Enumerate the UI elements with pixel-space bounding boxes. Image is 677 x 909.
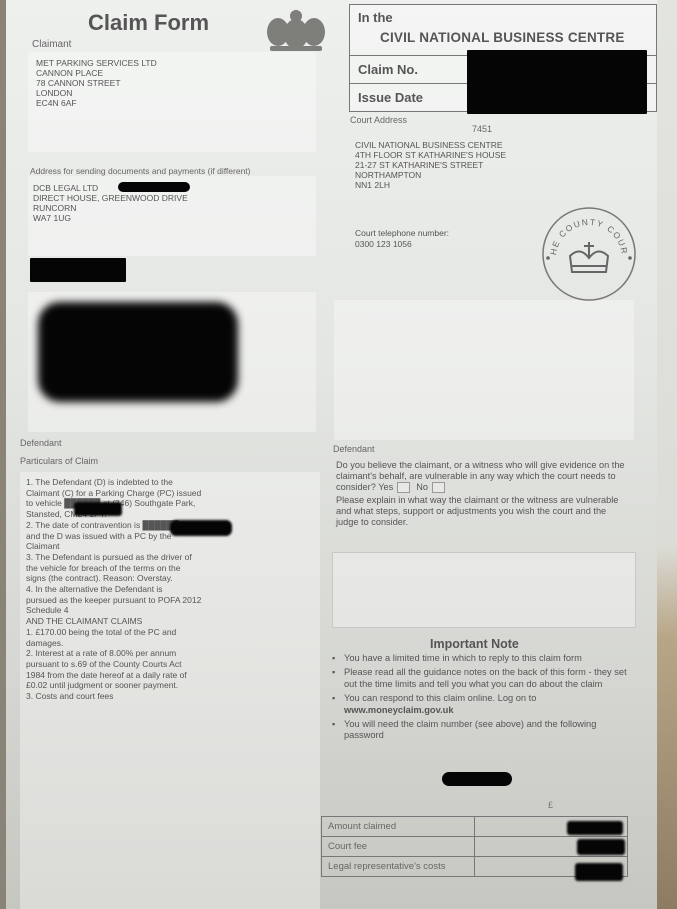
address-line: CANNON PLACE <box>36 68 157 78</box>
redacted-amount <box>567 821 623 835</box>
note-item: You can respond to this claim online. Lo… <box>330 693 630 716</box>
address-line: DIRECT HOUSE, GREENWOOD DRIVE <box>33 193 188 203</box>
address-line: MET PARKING SERVICES LTD <box>36 58 157 68</box>
court-address-label: Court Address <box>350 115 407 125</box>
address-line: NN1 2LH <box>355 180 506 190</box>
court-code: 7451 <box>472 124 492 134</box>
address-line: CIVIL NATIONAL BUSINESS CENTRE <box>355 140 506 150</box>
particulars-line: 1984 from the date hereof at a daily rat… <box>26 670 276 681</box>
address-line: RUNCORN <box>33 203 188 213</box>
sending-address-label: Address for sending documents and paymen… <box>30 166 251 176</box>
redacted-reference <box>118 182 190 192</box>
claimant-address: MET PARKING SERVICES LTD CANNON PLACE 78… <box>36 58 157 108</box>
note-item: You will need the claim number (see abov… <box>330 719 630 742</box>
particulars-line: pursued as the keeper pursuant to POFA 2… <box>26 595 276 606</box>
particulars-line: 2. The date of contravention is ██████ <box>26 520 276 531</box>
redacted-claim-number <box>467 50 647 114</box>
claim-form-page <box>6 0 661 909</box>
court-name: CIVIL NATIONAL BUSINESS CENTRE <box>380 30 625 45</box>
address-line: EC4N 6AF <box>36 98 157 108</box>
particulars-line: to vehicle ██████ at (346) Southgate Par… <box>26 498 276 509</box>
important-note-list: You have a limited time in which to repl… <box>330 653 630 745</box>
particulars-line: and the D was issued with a PC by the <box>26 531 276 542</box>
note-item: Please read all the guidance notes on th… <box>330 667 630 690</box>
court-telephone-label: Court telephone number: <box>355 228 449 238</box>
redacted-defendant-name <box>30 258 126 282</box>
particulars-line: signs (the contract). Reason: Overstay. <box>26 573 276 584</box>
issue-date-label: Issue Date <box>358 90 423 105</box>
redacted-vehicle-reg <box>74 502 122 516</box>
svg-text:THE COUNTY COURT: THE COUNTY COURT <box>540 206 630 256</box>
important-note-title: Important Note <box>430 637 519 651</box>
in-the-label: In the <box>358 10 393 25</box>
court-address: CIVIL NATIONAL BUSINESS CENTRE 4TH FLOOR… <box>355 140 506 190</box>
amount-label: Court fee <box>322 837 475 856</box>
amounts-table: Amount claimed Court fee Legal represent… <box>321 816 628 877</box>
yes-label: Yes <box>378 482 393 492</box>
particulars-line: AND THE CLAIMANT CLAIMS <box>26 616 276 627</box>
defendant-label: Defendant <box>20 438 62 448</box>
particulars-of-claim: 1. The Defendant (D) is indebted to theC… <box>26 477 276 702</box>
yes-checkbox[interactable] <box>397 482 410 493</box>
particulars-line: Schedule 4 <box>26 605 276 616</box>
amount-label: Amount claimed <box>322 817 475 836</box>
defendant-right-box <box>334 300 634 440</box>
background-surface <box>657 0 677 909</box>
court-telephone: 0300 123 1056 <box>355 239 412 249</box>
currency-header: £ <box>548 800 553 810</box>
particulars-label: Particulars of Claim <box>20 456 98 466</box>
moneyclaim-link[interactable]: www.moneyclaim.gov.uk <box>344 705 454 715</box>
particulars-line: the vehicle for breach of the terms on t… <box>26 563 276 574</box>
address-line: 21-27 ST KATHARINE'S STREET <box>355 160 506 170</box>
vulnerability-explain-text: Please explain in what way the claimant … <box>336 495 631 528</box>
particulars-line: 3. Costs and court fees <box>26 691 276 702</box>
particulars-line: Claimant (C) for a Parking Charge (PC) i… <box>26 488 276 499</box>
particulars-line: 4. In the alternative the Defendant is <box>26 584 276 595</box>
claim-no-label: Claim No. <box>358 62 418 77</box>
particulars-line: damages. <box>26 638 276 649</box>
particulars-line: 1. The Defendant (D) is indebted to the <box>26 477 276 488</box>
particulars-line: £0.02 until judgment or sooner payment. <box>26 680 276 691</box>
form-title: Claim Form <box>88 10 209 36</box>
particulars-line: 2. Interest at a rate of 8.00% per annum <box>26 648 276 659</box>
address-line: LONDON <box>36 88 157 98</box>
county-court-seal-icon: THE COUNTY COURT <box>540 206 638 302</box>
no-checkbox[interactable] <box>432 482 445 493</box>
particulars-line: 3. The Defendant is pursued as the drive… <box>26 552 276 563</box>
redacted-amount <box>577 839 625 855</box>
particulars-line: pursuant to s.69 of the County Courts Ac… <box>26 659 276 670</box>
redacted-amount <box>575 863 623 881</box>
address-line: WA7 1UG <box>33 213 188 223</box>
amount-row: Court fee <box>322 836 627 856</box>
amount-label: Legal representative's costs <box>322 857 475 876</box>
note-item: You have a limited time in which to repl… <box>330 653 630 664</box>
amount-row: Amount claimed <box>322 817 627 836</box>
royal-crest-icon <box>262 8 330 54</box>
address-line: NORTHAMPTON <box>355 170 506 180</box>
defendant-label-right: Defendant <box>333 444 375 454</box>
claimant-label: Claimant <box>32 39 71 50</box>
particulars-line: Claimant <box>26 541 276 552</box>
redacted-contravention-date <box>170 520 232 536</box>
vulnerability-question: Do you believe the claimant, or a witnes… <box>336 460 631 528</box>
particulars-line: 1. £170.00 being the total of the PC and <box>26 627 276 638</box>
no-label: No <box>416 482 428 492</box>
redacted-defendant-address <box>38 302 238 402</box>
amount-row: Legal representative's costs <box>322 856 627 876</box>
address-line: 78 CANNON STREET <box>36 78 157 88</box>
vulnerability-explain-field <box>332 552 636 628</box>
address-line: 4TH FLOOR ST KATHARINE'S HOUSE <box>355 150 506 160</box>
redacted-password <box>442 772 512 786</box>
particulars-line: Stansted, CM24 1PY. <box>26 509 276 520</box>
